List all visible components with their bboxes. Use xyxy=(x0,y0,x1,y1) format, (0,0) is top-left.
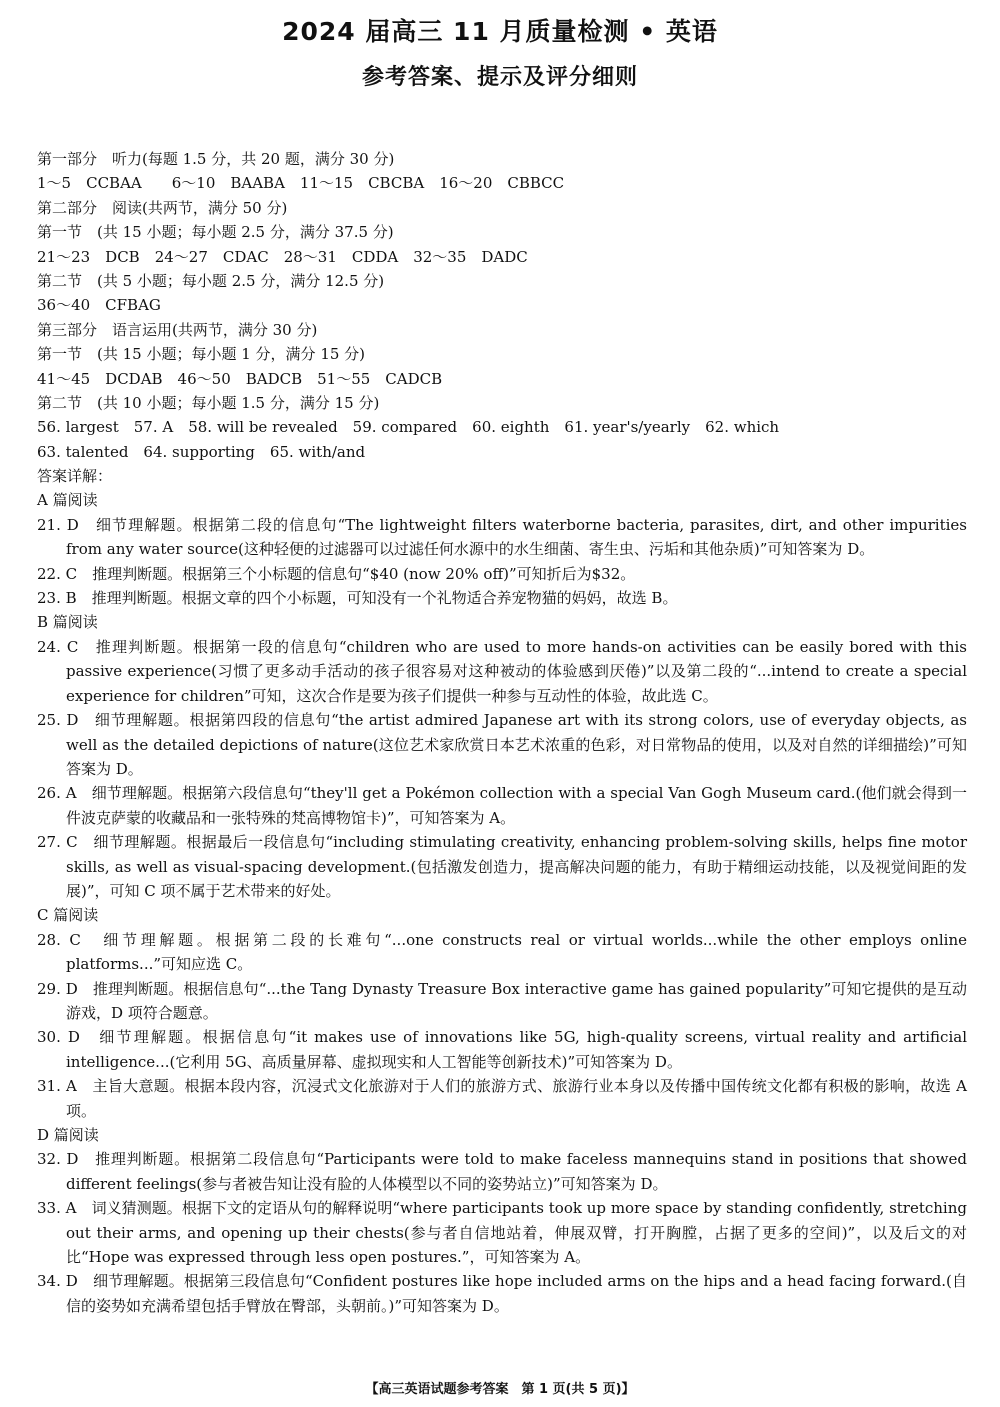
explanation-q21: 21. D 细节理解题。根据第二段的信息句“The lightweight fi… xyxy=(37,513,967,562)
answers-21-35: 21～23 DCB 24～27 CDAC 28～31 CDDA 32～35 DA… xyxy=(37,245,967,269)
answers-56-62: 56. largest 57. A 58. will be revealed 5… xyxy=(37,415,967,439)
answers-63-65: 63. talented 64. supporting 65. with/and xyxy=(37,440,967,464)
part3-section2-heading: 第二节 (共 10 小题；每小题 1.5 分，满分 15 分) xyxy=(37,391,967,415)
explanation-q32: 32. D 推理判断题。根据第二段信息句“Participants were t… xyxy=(37,1147,967,1196)
section-d-heading: D 篇阅读 xyxy=(37,1123,967,1147)
page-footer: 【高三英语试题参考答案 第 1 页(共 5 页)】 xyxy=(0,1378,1000,1397)
explanation-q26: 26. A 细节理解题。根据第六段信息句“they'll get a Pokém… xyxy=(37,781,967,830)
answers-36-40: 36～40 CFBAG xyxy=(37,293,967,317)
section-b-heading: B 篇阅读 xyxy=(37,610,967,634)
document-subtitle: 参考答案、提示及评分细则 xyxy=(0,60,1000,91)
explanation-q25: 25. D 细节理解题。根据第四段的信息句“the artist admired… xyxy=(37,708,967,781)
part3-section1-heading: 第一节 (共 15 小题；每小题 1 分，满分 15 分) xyxy=(37,342,967,366)
part2-section2-heading: 第二节 (共 5 小题；每小题 2.5 分，满分 12.5 分) xyxy=(37,269,967,293)
explanation-q22: 22. C 推理判断题。根据第三个小标题的信息句“$40 (now 20% of… xyxy=(37,562,967,586)
document-body: 第一部分 听力(每题 1.5 分，共 20 题，满分 30 分) 1～5 CCB… xyxy=(37,147,967,1318)
answers-41-55: 41～45 DCDAB 46～50 BADCB 51～55 CADCB xyxy=(37,367,967,391)
answers-1-20: 1～5 CCBAA 6～10 BAABA 11～15 CBCBA 16～20 C… xyxy=(37,171,967,195)
explanation-q27: 27. C 细节理解题。根据最后一段信息句“including stimulat… xyxy=(37,830,967,903)
explanation-q30: 30. D 细节理解题。根据信息句“it makes use of innova… xyxy=(37,1025,967,1074)
explanation-q28: 28. C 细节理解题。根据第二段的长难句“...one constructs … xyxy=(37,928,967,977)
section-a-heading: A 篇阅读 xyxy=(37,488,967,512)
part2-heading: 第二部分 阅读(共两节，满分 50 分) xyxy=(37,196,967,220)
explanation-q31: 31. A 主旨大意题。根据本段内容，沉浸式文化旅游对于人们的旅游方式、旅游行业… xyxy=(37,1074,967,1123)
explanation-q24: 24. C 推理判断题。根据第一段的信息句“children who are u… xyxy=(37,635,967,708)
explanation-q23: 23. B 推理判断题。根据文章的四个小标题，可知没有一个礼物适合养宠物猫的妈妈… xyxy=(37,586,967,610)
document-title: 2024 届高三 11 月质量检测 • 英语 xyxy=(0,12,1000,48)
explanation-q29: 29. D 推理判断题。根据信息句“...the Tang Dynasty Tr… xyxy=(37,977,967,1026)
explanation-q33: 33. A 词义猜测题。根据下文的定语从句的解释说明“where partici… xyxy=(37,1196,967,1269)
part3-heading: 第三部分 语言运用(共两节，满分 30 分) xyxy=(37,318,967,342)
section-c-heading: C 篇阅读 xyxy=(37,903,967,927)
explanation-q34: 34. D 细节理解题。根据第三段信息句“Confident postures … xyxy=(37,1269,967,1318)
explanations-heading: 答案详解： xyxy=(37,464,967,488)
part1-heading: 第一部分 听力(每题 1.5 分，共 20 题，满分 30 分) xyxy=(37,147,967,171)
part2-section1-heading: 第一节 (共 15 小题；每小题 2.5 分，满分 37.5 分) xyxy=(37,220,967,244)
